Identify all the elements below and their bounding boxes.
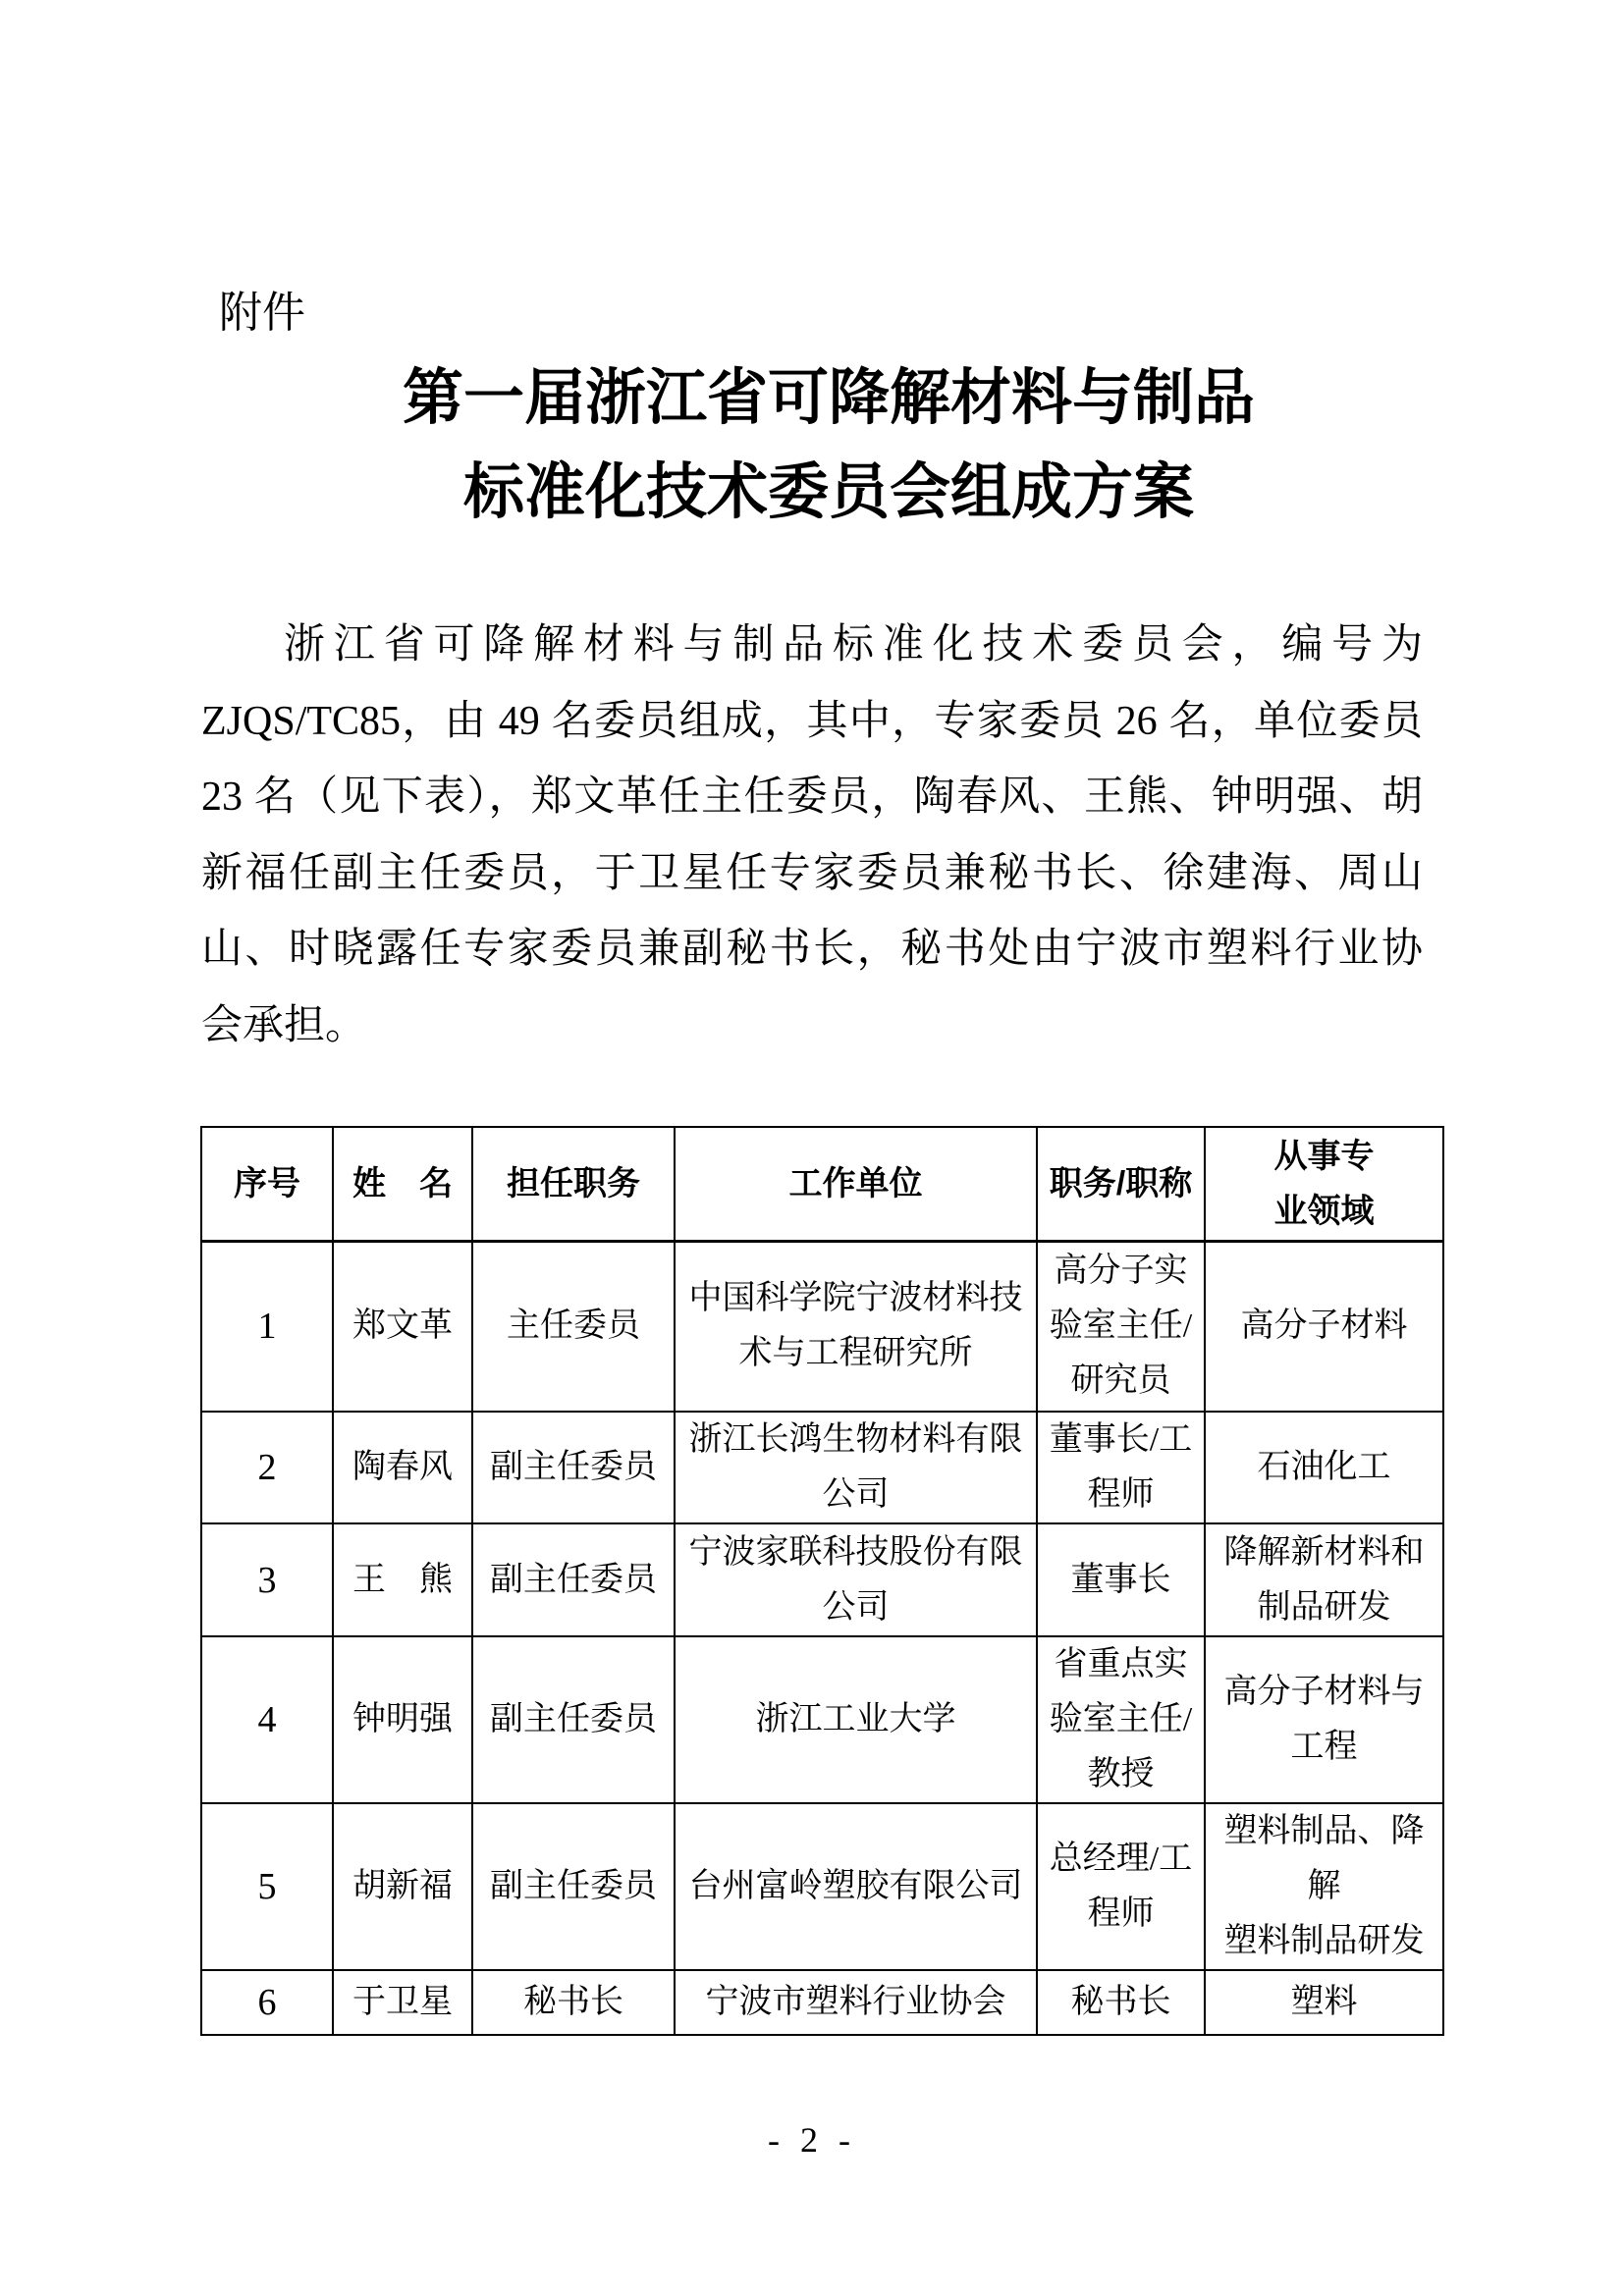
paragraph-line: 23 名（见下表），郑文革任主任委员，陶春风、王熊、钟明强、胡 — [201, 760, 1423, 836]
table-header-row: 序号 姓 名 担任职务 工作单位 职务/职称 从事专 业领域 — [201, 1127, 1443, 1241]
cell-work-unit: 宁波家联科技股份有限 公司 — [675, 1523, 1037, 1636]
cell-committee-role: 副主任委员 — [472, 1803, 675, 1970]
committee-table: 序号 姓 名 担任职务 工作单位 职务/职称 从事专 业领域 1 郑文革 主任委… — [200, 1126, 1444, 2036]
header-name: 姓 名 — [333, 1127, 472, 1241]
header-position-title: 职务/职称 — [1037, 1127, 1205, 1241]
paragraph-line: 会承担。 — [201, 988, 1423, 1065]
cell-position-title: 高分子实 验室主任/ 研究员 — [1037, 1241, 1205, 1412]
table-row: 5 胡新福 副主任委员 台州富岭塑胶有限公司 总经理/工 程师 塑料制品、降解 … — [201, 1803, 1443, 1970]
paragraph-line: 山、时晓露任专家委员兼副秘书长，秘书处由宁波市塑料行业协 — [201, 912, 1423, 988]
cell-professional-field: 塑料制品、降解 塑料制品研发 — [1205, 1803, 1443, 1970]
cell-name: 于卫星 — [333, 1970, 472, 2035]
header-work-unit: 工作单位 — [675, 1127, 1037, 1241]
cell-name: 王 熊 — [333, 1523, 472, 1636]
cell-committee-role: 主任委员 — [472, 1241, 675, 1412]
body-paragraph: 浙江省可降解材料与制品标准化技术委员会，编号为 ZJQS/TC85，由 49 名… — [201, 608, 1423, 1064]
cell-professional-field: 高分子材料 — [1205, 1241, 1443, 1412]
cell-professional-field: 石油化工 — [1205, 1412, 1443, 1523]
cell-committee-role: 副主任委员 — [472, 1412, 675, 1523]
cell-name: 郑文革 — [333, 1241, 472, 1412]
cell-position-title: 省重点实 验室主任/ 教授 — [1037, 1636, 1205, 1803]
cell-committee-role: 副主任委员 — [472, 1523, 675, 1636]
cell-serial-number: 2 — [201, 1412, 333, 1523]
cell-professional-field: 塑料 — [1205, 1970, 1443, 2035]
cell-work-unit: 浙江长鸿生物材料有限 公司 — [675, 1412, 1037, 1523]
table-row: 6 于卫星 秘书长 宁波市塑料行业协会 秘书长 塑料 — [201, 1970, 1443, 2035]
cell-work-unit: 宁波市塑料行业协会 — [675, 1970, 1037, 2035]
cell-work-unit: 中国科学院宁波材料技 术与工程研究所 — [675, 1241, 1037, 1412]
cell-position-title: 总经理/工 程师 — [1037, 1803, 1205, 1970]
paragraph-line: 新福任副主任委员，于卫星任专家委员兼秘书长、徐建海、周山 — [201, 836, 1423, 913]
cell-serial-number: 4 — [201, 1636, 333, 1803]
cell-name: 胡新福 — [333, 1803, 472, 1970]
title-line-2: 标准化技术委员会组成方案 — [218, 446, 1439, 540]
paragraph-line: 浙江省可降解材料与制品标准化技术委员会，编号为 — [201, 608, 1423, 684]
table-row: 2 陶春风 副主任委员 浙江长鸿生物材料有限 公司 董事长/工 程师 石油化工 — [201, 1412, 1443, 1523]
title-line-1: 第一届浙江省可降解材料与制品 — [218, 351, 1439, 446]
cell-serial-number: 6 — [201, 1970, 333, 2035]
cell-name: 陶春风 — [333, 1412, 472, 1523]
header-serial-number: 序号 — [201, 1127, 333, 1241]
table-row: 4 钟明强 副主任委员 浙江工业大学 省重点实 验室主任/ 教授 高分子材料与 … — [201, 1636, 1443, 1803]
cell-committee-role: 副主任委员 — [472, 1636, 675, 1803]
page-number: - 2 - — [0, 2118, 1624, 2162]
paragraph-line: ZJQS/TC85，由 49 名委员组成，其中，专家委员 26 名，单位委员 — [201, 684, 1423, 761]
cell-work-unit: 浙江工业大学 — [675, 1636, 1037, 1803]
cell-serial-number: 5 — [201, 1803, 333, 1970]
document-title: 第一届浙江省可降解材料与制品 标准化技术委员会组成方案 — [218, 351, 1439, 540]
attachment-label: 附件 — [219, 288, 305, 339]
cell-work-unit: 台州富岭塑胶有限公司 — [675, 1803, 1037, 1970]
table-row: 1 郑文革 主任委员 中国科学院宁波材料技 术与工程研究所 高分子实 验室主任/… — [201, 1241, 1443, 1412]
cell-name: 钟明强 — [333, 1636, 472, 1803]
cell-professional-field: 降解新材料和 制品研发 — [1205, 1523, 1443, 1636]
table-row: 3 王 熊 副主任委员 宁波家联科技股份有限 公司 董事长 降解新材料和 制品研… — [201, 1523, 1443, 1636]
cell-serial-number: 1 — [201, 1241, 333, 1412]
header-professional-field: 从事专 业领域 — [1205, 1127, 1443, 1241]
cell-position-title: 董事长/工 程师 — [1037, 1412, 1205, 1523]
cell-professional-field: 高分子材料与 工程 — [1205, 1636, 1443, 1803]
cell-position-title: 秘书长 — [1037, 1970, 1205, 2035]
header-committee-role: 担任职务 — [472, 1127, 675, 1241]
cell-committee-role: 秘书长 — [472, 1970, 675, 2035]
cell-position-title: 董事长 — [1037, 1523, 1205, 1636]
cell-serial-number: 3 — [201, 1523, 333, 1636]
document-page: 附件 第一届浙江省可降解材料与制品 标准化技术委员会组成方案 浙江省可降解材料与… — [0, 0, 1624, 2296]
